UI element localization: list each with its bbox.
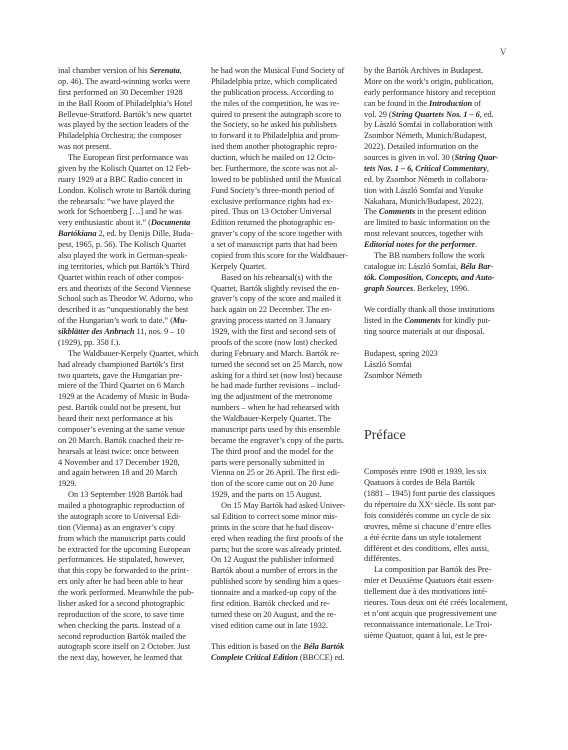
text-line: We cordially thank all those institution… [364, 305, 512, 316]
text-segment: the rules of the competition, he was re- [211, 99, 339, 108]
text-line: tionnaire and a marked-up copy of the [211, 588, 359, 599]
text-segment: ers and theorists of the Second Viennese [58, 284, 191, 293]
text-segment: (1881 – 1945) font partie des classiques [364, 489, 495, 498]
text-segment: More on the work’s origin, publication, [364, 77, 493, 86]
text-line: second reproduction Bartók mailed the [58, 632, 206, 643]
text-segment: The [364, 207, 379, 216]
text-segment: also played the work in German-speak- [58, 251, 188, 260]
text-line: du répertoire du XXᵉ siècle. Ils sont pa… [364, 500, 512, 511]
text-line [364, 338, 512, 349]
text-segment: sal Edition to correct some minor mis- [211, 512, 337, 521]
text-segment: the publication process. According to [211, 88, 334, 97]
italic-title: String Quartets Nos. 1 – 6 [392, 110, 480, 119]
text-segment: copied from this score for the Waldbauer… [211, 251, 348, 260]
text-line: on 20 March. Bartók coached their re- [58, 436, 206, 447]
text-segment: published score by sending him a ques- [211, 577, 341, 586]
text-segment: when checking the parts. Instead of a [58, 621, 180, 630]
text-segment: On 15 May Bartók had asked Univer- [221, 501, 345, 510]
text-line: the next day, however, he learned that [58, 653, 206, 664]
text-line: reproduction of the score, to save time [58, 610, 206, 621]
text-line: first edition. Bartók checked and re- [211, 599, 359, 610]
text-segment: Quatuors à cordes de Béla Bartók [364, 478, 475, 487]
text-line: vised edition came out in late 1932. [211, 621, 359, 632]
text-line: by the Bartók Archives in Budapest. [364, 66, 512, 77]
text-line: sième Quatuor, quant à lui, est le pre- [364, 631, 512, 642]
text-line: différentes. [364, 554, 512, 565]
right-english-text: by the Bartók Archives in Budapest.More … [364, 66, 512, 381]
text-line: The BB numbers follow the work [364, 251, 512, 262]
text-line: he had made further revisions – includ- [211, 381, 359, 392]
text-line: the work performed. Meanwhile the pub- [58, 588, 206, 599]
text-segment: Based on his rehearsal(s) with the [221, 273, 332, 282]
text-line: back again on 22 December. The en- [211, 305, 359, 316]
text-line: Vienna on 25 or 26 April. The first edi- [211, 468, 359, 479]
text-line: he had won the Musical Fund Society of [211, 66, 359, 77]
text-line: duction, which he mailed on 12 Octo- [211, 153, 359, 164]
text-line: vol. 29 (String Quartets Nos. 1 – 6, ed. [364, 110, 512, 121]
italic-title: graph Sources [364, 284, 413, 293]
text-segment: listed in the [364, 316, 404, 325]
text-segment: two quartets, gave the Hungarian pre- [58, 371, 182, 380]
text-segment: inal chamber version of his [58, 66, 150, 75]
text-line: can be found in the Introduction of [364, 99, 512, 110]
text-line: pired. Thus on 13 October Universal [211, 207, 359, 218]
text-segment: in the present edition [415, 207, 486, 216]
text-line: given by the Kolisch Quartet on 12 Feb- [58, 164, 206, 175]
italic-title: Comments [404, 316, 440, 325]
text-segment: We cordially thank all those institution… [364, 305, 495, 314]
text-segment: back again on 22 December. The en- [211, 305, 332, 314]
text-line: The European first performance was [58, 153, 206, 164]
text-line: during February and March. Bartók re- [211, 349, 359, 360]
text-segment: 11, nos. 9 – 10 [134, 327, 184, 336]
text-segment: , [487, 164, 489, 173]
text-line: tion (Vienna) as an engraver’s copy [58, 523, 206, 534]
text-segment: from which the manuscript parts could [58, 534, 185, 543]
text-segment: différentes. [364, 554, 401, 563]
text-line: the rules of the competition, he was re- [211, 99, 359, 110]
text-segment: The third proof and the model for the [211, 447, 334, 456]
text-line: when checking the parts. Instead of a [58, 621, 206, 632]
text-line: exclusive performance rights had ex- [211, 197, 359, 208]
text-segment: the rehearsals: “we have played the [58, 197, 174, 206]
text-segment: Nakahara, Munich/Budapest, 2022). [364, 197, 484, 206]
text-segment: was played by the section leaders of the [58, 120, 189, 129]
text-segment: ered when reading the first proofs of th… [211, 534, 343, 543]
text-line: Bartók about a number of errors in the [211, 566, 359, 577]
text-segment: the next day, however, he learned that [58, 653, 182, 662]
text-segment: 1929. [58, 479, 77, 488]
text-line: was not present. [58, 142, 206, 153]
text-segment: ing the adjustment of the metronome [211, 392, 332, 401]
text-line: On 15 May Bartók had asked Univer- [211, 501, 359, 512]
text-segment: Philadelphia prize, which complicated [211, 77, 337, 86]
text-line: 1929, and the parts on 15 August. [211, 490, 359, 501]
text-segment: ised them another photographic repro- [211, 142, 337, 151]
text-segment: during February and March. Bartók re- [211, 349, 339, 358]
text-line: of the Hungarian’s work to date.” (Mu- [58, 316, 206, 327]
text-segment: London. Kolisch wrote to Bartók during [58, 186, 191, 195]
text-line: graving process started on 3 January [211, 316, 359, 327]
text-line: manuscript parts used by this ensemble [211, 425, 359, 436]
text-segment: . [475, 240, 477, 249]
text-segment: a été écrite dans un style totalement [364, 533, 481, 542]
text-segment: Budapest, spring 2023 [364, 349, 438, 358]
text-line: tion with László Somfai and Yusuke [364, 186, 512, 197]
text-line: Bartókiana 2, ed. by Denijs Dille, Buda- [58, 229, 206, 240]
text-segment: first performed on 30 December 1928 [58, 88, 183, 97]
text-line: lisher asked for a second photographic [58, 599, 206, 610]
text-line: ised them another photographic repro- [211, 142, 359, 153]
italic-title: Editorial notes for the performer [364, 240, 475, 249]
italic-title: Béla Bartók [303, 642, 344, 651]
text-line: différent et des conditions, elles aussi… [364, 544, 512, 555]
text-line: 2022). Detailed information on the [364, 142, 512, 153]
column-right-text: by the Bartók Archives in Budapest.More … [364, 66, 512, 641]
text-segment: the Society, so he asked his publishers [211, 120, 337, 129]
text-segment: exclusive performance rights had ex- [211, 197, 333, 206]
text-line: hearsals at least twice: once between [58, 447, 206, 458]
text-segment: mailed a photographic reproduction of [58, 501, 185, 510]
text-segment: the Waldbauer-Kerpely Quartet. The [211, 414, 331, 423]
text-line: Zsombor Németh, Munich/Budapest, [364, 131, 512, 142]
text-line: fois considérés comme un cycle de six [364, 511, 512, 522]
text-segment: Bartók about a number of errors in the [211, 566, 337, 575]
text-line: turned the second set on 25 March, now [211, 360, 359, 371]
text-segment: graver’s copy of the score and mailed it [211, 294, 341, 303]
text-line: Zsombor Németh [364, 371, 512, 382]
text-segment: tion with László Somfai and Yusuke [364, 186, 483, 195]
text-segment: graving process started on 3 January [211, 316, 331, 325]
text-segment: lowed to be published until the Musical [211, 175, 341, 184]
text-segment: tionnaire and a marked-up copy of the [211, 588, 337, 597]
text-line: (1929), pp. 358 f.). [58, 338, 206, 349]
text-segment: et n’ont acquis que progressivement une [364, 609, 497, 618]
text-segment: Zsombor Németh, Munich/Budapest, [364, 131, 487, 140]
text-segment: 2, ed. by Denijs Dille, Buda- [96, 229, 193, 238]
text-segment: heard their next performance at his [58, 414, 173, 423]
text-line: pest, 1965, p. 56). The Kolisch Quartet [58, 240, 206, 251]
text-line: published score by sending him a ques- [211, 577, 359, 588]
text-segment: sième Quatuor, quant à lui, est le pre- [364, 631, 487, 640]
text-segment: Kerpely Quartet. [211, 262, 266, 271]
text-segment: autograph score itself on 2 October. Jus… [58, 642, 190, 651]
text-segment: pest. Bartók could not be present, but [58, 403, 181, 412]
text-line: and again between 18 and 20 March [58, 468, 206, 479]
text-line: parts were personally submitted in [211, 458, 359, 469]
italic-title: tets Nos. 1 – 6, Critical Commentary [364, 164, 487, 173]
text-segment: Zsombor Németh [364, 371, 422, 380]
text-segment: School such as Theodor W. Adorno, who [58, 294, 193, 303]
italic-title: tók. Composition, Concepts, and Auto- [364, 273, 495, 282]
text-line: tion of the score came out on 20 June [211, 479, 359, 490]
text-segment: miere of the Third Quartet on 6 March [58, 381, 185, 390]
text-line: tiellement due à des motivations inté- [364, 587, 512, 598]
text-segment: pired. Thus on 13 October Universal [211, 207, 331, 216]
text-segment: op. 46). The award-winning works were [58, 77, 190, 86]
text-segment: be extracted for the upcoming European [58, 545, 190, 554]
text-line: Philadelphia Orchestra; the composer [58, 131, 206, 142]
text-segment: performances. He stipulated, however, [58, 555, 185, 564]
text-segment: prints in the score that he had discov- [211, 523, 334, 532]
text-segment: in the Ball Room of Philadelphia’s Hotel [58, 99, 192, 108]
text-line: ered when reading the first proofs of th… [211, 534, 359, 545]
text-line: ers only after he had been able to hear [58, 577, 206, 588]
text-segment: he had made further revisions – includ- [211, 381, 340, 390]
text-segment: pest, 1965, p. 56). The Kolisch Quartet [58, 240, 186, 249]
text-line: mier et Deuxième Quatuors était essen- [364, 576, 512, 587]
text-segment: of the Hungarian’s work to date.” ( [58, 316, 173, 325]
text-line: mailed a photographic reproduction of [58, 501, 206, 512]
text-segment: he had won the Musical Fund Society of [211, 66, 344, 75]
text-line: ting source materials at our disposal. [364, 327, 512, 338]
text-line: et n’ont acquis que progressivement une [364, 609, 512, 620]
text-line: are limited to basic information on the [364, 218, 512, 229]
text-segment: La composition par Bartók des Pre- [374, 565, 491, 574]
text-line: ers and theorists of the Second Viennese [58, 284, 206, 295]
text-segment: that this copy be forwarded to the print… [58, 566, 189, 575]
text-line: The Waldbauer-Kerpely Quartet, which [58, 349, 206, 360]
italic-title: Serenata [150, 66, 180, 75]
text-segment: became the engraver’s copy of the parts. [211, 436, 344, 445]
text-line: to forward it to Philadelphia and prom- [211, 131, 359, 142]
text-segment: reproduction of the score, to save time [58, 610, 184, 619]
text-segment: the work performed. Meanwhile the pub- [58, 588, 194, 597]
text-segment: for kindly put- [441, 316, 491, 325]
text-segment: Quartet, Bartók slightly revised the en- [211, 284, 339, 293]
text-segment: sources is given in vol. 30 ( [364, 153, 455, 162]
text-line: was played by the section leaders of the [58, 120, 206, 131]
text-segment: œuvres, même si chacune d’entre elles [364, 522, 491, 531]
text-line: the Society, so he asked his publishers [211, 120, 359, 131]
text-line: sikblätter des Anbruch 11, nos. 9 – 10 [58, 327, 206, 338]
text-segment: work for Schoenberg […] and he was [58, 207, 182, 216]
text-segment: composer’s evening at the same venue [58, 425, 185, 434]
text-segment: ting source materials at our disposal. [364, 327, 484, 336]
text-segment: rieures. Tous deux ont été créés localem… [364, 598, 508, 607]
text-line: tók. Composition, Concepts, and Auto- [364, 273, 512, 284]
text-segment: , ed. [480, 110, 494, 119]
text-segment: proofs of the score (now lost) checked [211, 338, 337, 347]
text-line: work for Schoenberg […] and he was [58, 207, 206, 218]
page-number: V [500, 47, 507, 57]
text-line: performances. He stipulated, however, [58, 555, 206, 566]
text-segment: tion (Vienna) as an engraver’s copy [58, 523, 175, 532]
text-line: 1929, with the first and second sets of [211, 327, 359, 338]
text-segment: 1929, and the parts on 15 August. [211, 490, 322, 499]
text-line: from which the manuscript parts could [58, 534, 206, 545]
text-line [364, 294, 512, 305]
text-segment: graver’s copy of the score together with [211, 229, 342, 238]
text-segment: catalogue in: László Somfai, [364, 262, 460, 271]
text-segment: and again between 18 and 20 March [58, 468, 177, 477]
text-segment: can be found in the [364, 99, 429, 108]
text-line: Kerpely Quartet. [211, 262, 359, 273]
text-segment: . Berkeley, 1996. [413, 284, 469, 293]
text-segment: quired to present the autograph score to [211, 110, 341, 119]
text-line: quired to present the autograph score to [211, 110, 359, 121]
text-line: lowed to be published until the Musical [211, 175, 359, 186]
text-segment: ing territories, which put Bartók’s Thir… [58, 262, 189, 271]
text-segment: ruary 1929 at a BBC Radio concert in [58, 175, 183, 184]
text-line: This edition is based on the Béla Bartók [211, 642, 359, 653]
text-line: listed in the Comments for kindly put- [364, 316, 512, 327]
text-line: School such as Theodor W. Adorno, who [58, 294, 206, 305]
text-line: ed. by Zsombor Németh in collabora- [364, 175, 512, 186]
text-segment: ber. Furthermore, the score was not al- [211, 164, 338, 173]
preface-heading: Préface [364, 427, 512, 445]
text-line: early performance history and reception [364, 88, 512, 99]
text-segment: asking for a third set (now lost) becaus… [211, 371, 342, 380]
text-line: (1881 – 1945) font partie des classiques [364, 489, 512, 500]
text-line: Quatuors à cordes de Béla Bartók [364, 478, 512, 489]
text-segment: On 12 August the publisher informed [211, 555, 334, 564]
text-segment: 1929 at the Academy of Music in Buda- [58, 392, 190, 401]
text-line: London. Kolisch wrote to Bartók during [58, 186, 206, 197]
text-line: op. 46). The award-winning works were [58, 77, 206, 88]
text-segment: had already championed Bartók’s first [58, 360, 184, 369]
text-segment: manuscript parts used by this ensemble [211, 425, 340, 434]
italic-title: Béla Bar- [460, 262, 493, 271]
text-segment: first edition. Bartók checked and re- [211, 599, 330, 608]
text-segment: tiellement due à des motivations inté- [364, 587, 487, 596]
text-segment: (1929), pp. 358 f.). [58, 338, 120, 347]
text-line: two quartets, gave the Hungarian pre- [58, 371, 206, 382]
text-segment: , [180, 66, 182, 75]
text-segment: reconnaissance internationale. Le Troi- [364, 620, 492, 629]
text-line: catalogue in: László Somfai, Béla Bar- [364, 262, 512, 273]
text-line: composer’s evening at the same venue [58, 425, 206, 436]
text-line: the publication process. According to [211, 88, 359, 99]
text-line: sources is given in vol. 30 (String Quar… [364, 153, 512, 164]
text-segment: turned these on 20 August, and the re- [211, 610, 336, 619]
italic-title: String Quar- [455, 153, 499, 162]
text-line: sal Edition to correct some minor mis- [211, 512, 359, 523]
column-left-english-text: inal chamber version of his Serenata,op.… [58, 66, 206, 664]
text-line: autograph score itself on 2 October. Jus… [58, 642, 206, 653]
text-line: be extracted for the upcoming European [58, 545, 206, 556]
text-line: also played the work in German-speak- [58, 251, 206, 262]
text-segment: given by the Kolisch Quartet on 12 Feb- [58, 164, 191, 173]
text-line: ing the adjustment of the metronome [211, 392, 359, 403]
text-line: proofs of the score (now lost) checked [211, 338, 359, 349]
text-line: became the engraver’s copy of the parts. [211, 436, 359, 447]
text-segment: Quartet within reach of other compos- [58, 273, 184, 282]
text-line: 1929. [58, 479, 206, 490]
text-line: La composition par Bartók des Pre- [364, 565, 512, 576]
text-line: asking for a third set (now lost) becaus… [211, 371, 359, 382]
right-french-text: Composés entre 1908 et 1939, les sixQuat… [364, 467, 512, 641]
text-segment: 4 November and 17 December 1928, [58, 458, 180, 467]
text-line: 4 November and 17 December 1928, [58, 458, 206, 469]
text-line [211, 632, 359, 643]
text-segment: ed. by Zsombor Németh in collabora- [364, 175, 488, 184]
text-line: More on the work’s origin, publication, [364, 77, 512, 88]
text-segment: László Somfai [364, 360, 412, 369]
italic-title: Complete Critical Edition [211, 653, 298, 662]
text-line: most relevant sources, together with [364, 229, 512, 240]
column-middle-english-text: he had won the Musical Fund Society ofPh… [211, 66, 359, 664]
text-line: the rehearsals: “we have played the [58, 197, 206, 208]
text-segment: to forward it to Philadelphia and prom- [211, 131, 340, 140]
text-segment: Philadelphia Orchestra; the composer [58, 131, 182, 140]
text-line: Nakahara, Munich/Budapest, 2022). [364, 197, 512, 208]
text-line: ing territories, which put Bartók’s Thir… [58, 262, 206, 273]
text-segment: by the Bartók Archives in Budapest. [364, 66, 483, 75]
text-segment: tion of the score came out on 20 June [211, 479, 334, 488]
text-segment: very enthusiastic about it.” ( [58, 218, 151, 227]
text-segment: described it as “unquestionably the best [58, 305, 188, 314]
text-line: that this copy be forwarded to the print… [58, 566, 206, 577]
text-line: Bellevue-Stratford. Bartók’s new quartet [58, 110, 206, 121]
text-segment: a set of manuscript parts that had been [211, 240, 337, 249]
text-line: copied from this score for the Waldbauer… [211, 251, 359, 262]
italic-title: Documenta [151, 218, 190, 227]
text-line: parts; but the score was already printed… [211, 545, 359, 556]
text-line: 1929 at the Academy of Music in Buda- [58, 392, 206, 403]
text-segment: The European first performance was [68, 153, 188, 162]
text-line: reconnaissance internationale. Le Troi- [364, 620, 512, 631]
text-segment: parts were personally submitted in [211, 458, 324, 467]
text-segment: most relevant sources, together with [364, 229, 483, 238]
text-line: ber. Furthermore, the score was not al- [211, 164, 359, 175]
text-segment: Composés entre 1908 et 1939, les six [364, 467, 487, 476]
text-segment: duction, which he mailed on 12 Octo- [211, 153, 336, 162]
text-line: Quartet, Bartók slightly revised the en- [211, 284, 359, 295]
text-line: László Somfai [364, 360, 512, 371]
text-segment: ers only after he had been able to hear [58, 577, 183, 586]
text-line: Editorial notes for the performer. [364, 240, 512, 251]
text-segment: parts; but the score was already printed… [211, 545, 342, 554]
text-line: rieures. Tous deux ont été créés localem… [364, 598, 512, 609]
text-segment: the autograph score to Universal Edi- [58, 512, 181, 521]
text-segment: by László Somfai in collaboration with [364, 120, 493, 129]
text-line: very enthusiastic about it.” (Documenta [58, 218, 206, 229]
text-segment: numbers – when he had rehearsed with [211, 403, 339, 412]
text-line: by László Somfai in collaboration with [364, 120, 512, 131]
text-segment: Fund Society’s three-month period of [211, 186, 334, 195]
text-line: the autograph score to Universal Edi- [58, 512, 206, 523]
text-line: graph Sources. Berkeley, 1996. [364, 284, 512, 295]
text-line: The third proof and the model for the [211, 447, 359, 458]
text-line: On 13 September 1928 Bartók had [58, 490, 206, 501]
text-segment: early performance history and reception [364, 88, 496, 97]
text-segment: was not present. [58, 142, 111, 151]
text-line: heard their next performance at his [58, 414, 206, 425]
text-line: Budapest, spring 2023 [364, 349, 512, 360]
text-line: œuvres, même si chacune d’entre elles [364, 522, 512, 533]
text-line: had already championed Bartók’s first [58, 360, 206, 371]
text-segment: turned the second set on 25 March, now [211, 360, 343, 369]
text-segment: Edition returned the photographic en- [211, 218, 335, 227]
text-segment: vised edition came out in late 1932. [211, 621, 328, 630]
text-line: Complete Critical Edition (BBCCE) ed. [211, 653, 359, 664]
italic-title: Mu- [173, 316, 188, 325]
text-line: in the Ball Room of Philadelphia’s Hotel [58, 99, 206, 110]
text-line: the Waldbauer-Kerpely Quartet. The [211, 414, 359, 425]
text-segment: différent et des conditions, elles aussi… [364, 544, 489, 553]
text-segment: This edition is based on the [211, 642, 303, 651]
text-line: prints in the score that he had discov- [211, 523, 359, 534]
text-line: a set of manuscript parts that had been [211, 240, 359, 251]
text-line: tets Nos. 1 – 6, Critical Commentary, [364, 164, 512, 175]
text-segment: The BB numbers follow the work [374, 251, 485, 260]
text-segment: are limited to basic information on the [364, 218, 490, 227]
text-line: ruary 1929 at a BBC Radio concert in [58, 175, 206, 186]
text-segment: fois considérés comme un cycle de six [364, 511, 491, 520]
text-line: Quartet within reach of other compos- [58, 273, 206, 284]
italic-title: Introduction [429, 99, 472, 108]
